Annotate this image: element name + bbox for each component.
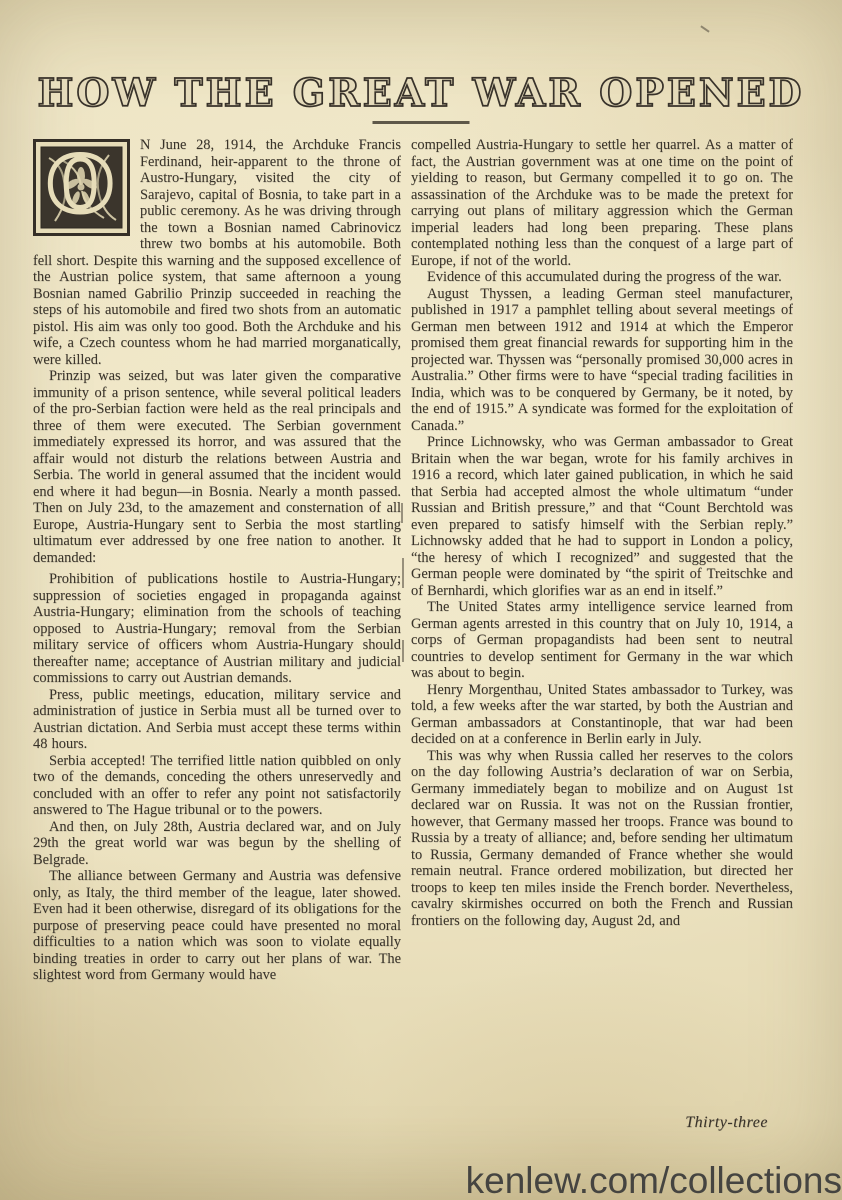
paragraph: Press, public meetings, education, milit… [33, 687, 401, 753]
drop-cap-ornament: O [33, 139, 130, 236]
paragraph: Prinzip was seized, but was later given … [33, 368, 401, 566]
drop-cap-letter: O [47, 146, 113, 222]
scan-artifact [700, 25, 709, 32]
page-number: Thirty-three [685, 1114, 768, 1132]
text-columns: O N June 28, 1914, the Archduke Francis … [33, 137, 793, 1112]
scanned-book-page: HOW THE GREAT WAR OPENED [0, 0, 842, 1200]
title-divider-rule [373, 121, 470, 124]
paragraph: Evidence of this accumulated during the … [411, 269, 793, 286]
paragraph: compelled Austria-Hungary to settle her … [411, 137, 793, 269]
paragraph: Prohibition of publications hostile to A… [33, 571, 401, 687]
left-column: O N June 28, 1914, the Archduke Francis … [33, 137, 401, 1112]
paragraph: The United States army intelligence serv… [411, 599, 793, 682]
paragraph: And then, on July 28th, Austria declared… [33, 819, 401, 869]
paragraph: August Thyssen, a leading German steel m… [411, 286, 793, 435]
right-column: compelled Austria-Hungary to settle her … [411, 137, 793, 1112]
paragraph: Henry Morgenthau, United States ambassad… [411, 682, 793, 748]
page-title: HOW THE GREAT WAR OPENED [0, 70, 842, 115]
scan-artifact [401, 503, 403, 523]
scan-artifact [402, 640, 404, 662]
paragraph: O N June 28, 1914, the Archduke Francis … [33, 137, 401, 368]
paragraph: Serbia accepted! The terrified little na… [33, 753, 401, 819]
watermark-text: kenlew.com/collections [466, 1162, 842, 1199]
paragraph: Prince Lichnowsky, who was German ambass… [411, 434, 793, 599]
paragraph: The alliance between Germany and Austria… [33, 868, 401, 984]
paragraph: This was why when Russia called her rese… [411, 748, 793, 930]
scan-artifact [402, 558, 404, 588]
